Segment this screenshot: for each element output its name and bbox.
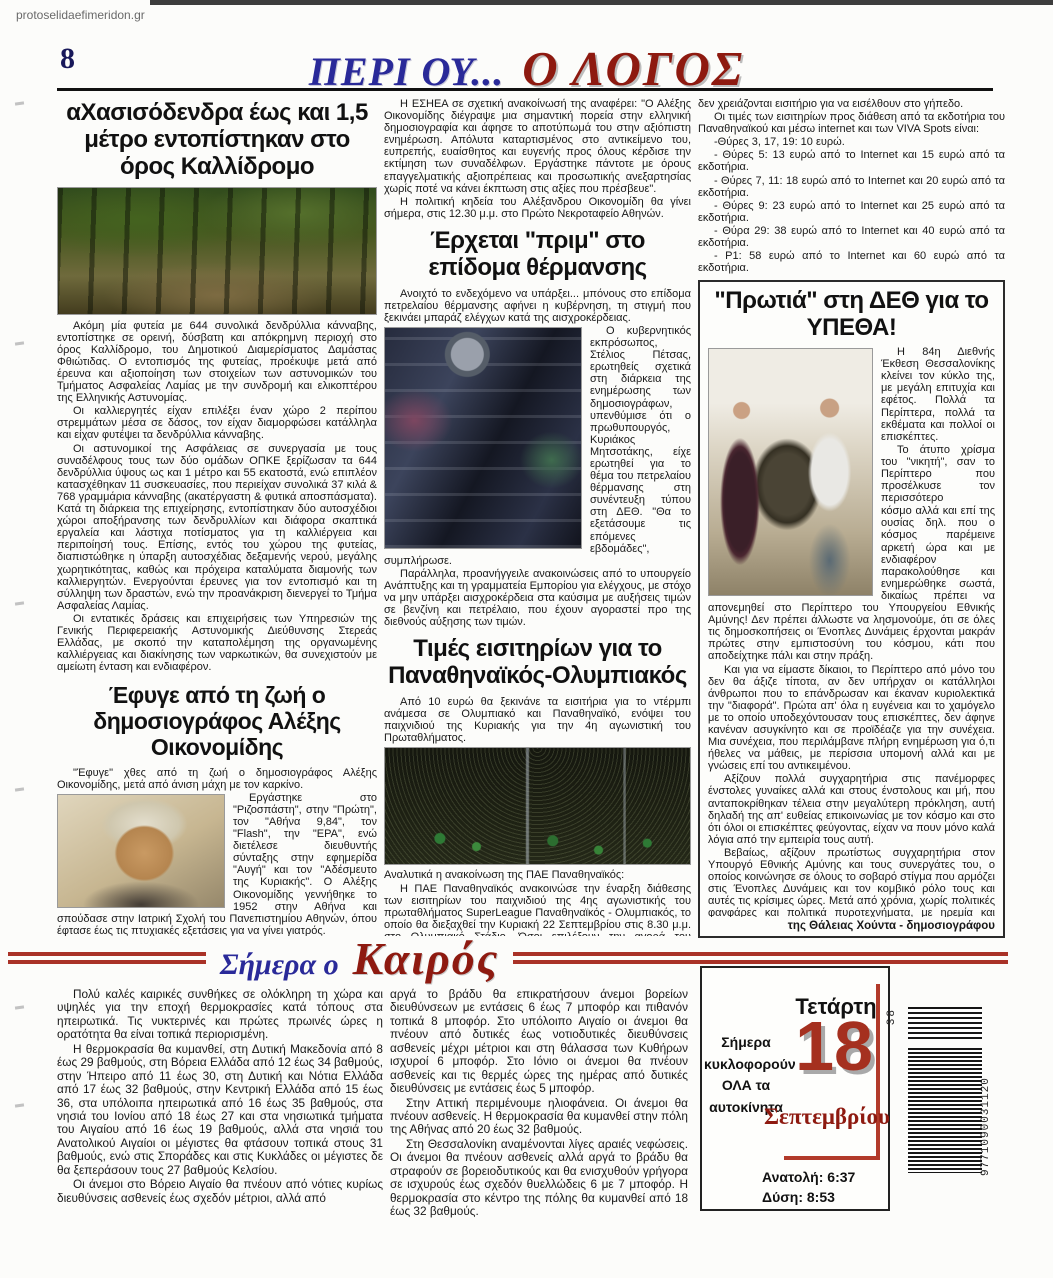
weather-paragraph: Στην Αττική περιμένουμε ηλιοφάνεια. Οι ά… <box>390 1097 688 1137</box>
newspaper-page: protoselidaefimeridon.gr 8 ΠΕΡΙ ΟΥ... Ο … <box>0 0 1053 1278</box>
circulation-line: ΟΛΑ τα <box>704 1075 788 1097</box>
stadium-crowd-photo <box>384 747 691 865</box>
sun-times: Ανατολή: 6:37 Δύση: 8:53 <box>762 1168 886 1207</box>
ticket-price-line: - Θύρα 29: 38 ευρώ από το Internet και 4… <box>698 225 1005 249</box>
deth-paragraph: Αξίζουν πολλά συγχαρητήρια στις πανέμορφ… <box>708 773 995 846</box>
cannabis-paragraph: Οι εντατικές δράσεις και επιχειρήσεις τω… <box>57 613 377 673</box>
heating-intro: Ανοιχτό το ενδεχόμενο να υπάρξει... μπόν… <box>384 288 691 324</box>
date-calendar-box: Σήμερα κυκλοφορούν ΟΛΑ τα αυτοκίνητα Τετ… <box>700 966 890 1211</box>
eshea-paragraph: Η ΕΣΗΕΑ σε σχετική ανακοίνωσή της αναφέρ… <box>384 98 691 195</box>
ticket-price-line: - Θύρες 5: 13 ευρώ από το Internet και 1… <box>698 149 1005 173</box>
cannabis-headline: αΧασισόδενδρα έως και 1,5 μέτρο εντοπίστ… <box>57 100 377 181</box>
tickets-body: Η ΠΑΕ Παναθηναϊκός ανακοινώσε την έναρξη… <box>384 883 691 936</box>
weather-banner-line-left <box>8 952 206 964</box>
ticket-price-line: - Θύρες 7, 11: 18 ευρώ από το Internet κ… <box>698 175 1005 199</box>
weather-title: Σήμερα ο Καιρός <box>220 932 499 985</box>
obituary-portrait-photo <box>57 794 225 908</box>
tickets-continuation: Οι τιμές των εισιτηρίων προς διάθεση από… <box>698 111 1005 135</box>
tickets-continuation: δεν χρειάζονται εισιτήριο για να εισέλθο… <box>698 98 1005 110</box>
weather-paragraph: Οι άνεμοι στο Βόρειο Αιγαίο θα πνέουν απ… <box>57 1178 383 1205</box>
scan-mark <box>15 101 24 105</box>
tickets-intro: Από 10 ευρώ θα ξεκινάνε τα εισιτήρια για… <box>384 696 691 744</box>
deth-body: Η 84η Διεθνής Έκθεση Θεσσαλονίκης κλείνε… <box>708 346 995 917</box>
heating-paragraph: Παράλληλα, προανήγγειλε ανακοινώσεις από… <box>384 568 691 628</box>
tickets-announce-label: Αναλυτικά η ανακοίνωση της ΠΑΕ Παναθηναϊ… <box>384 869 691 881</box>
cannabis-paragraph: Οι αστυνομικοί της Ασφάλειας σε συνεργασ… <box>57 443 377 612</box>
month-label: Σεπτεμβρίου <box>764 1104 886 1130</box>
deth-byline: της Θάλειας Χούντα - δημοσιογράφου <box>708 920 995 932</box>
date-red-corner-horizontal <box>784 1156 880 1160</box>
deth-paragraph: Και για να είμαστε δίκαιοι, το Περίπτερο… <box>708 664 995 773</box>
tickets-headline: Τιμές εισιτηρίων για το Παναθηναϊκός-Ολυ… <box>384 636 691 690</box>
issue-barcode-small <box>908 1007 982 1039</box>
scan-mark <box>15 601 24 605</box>
column-middle: Η ΕΣΗΕΑ σε σχετική ανακοίνωσή της αναφέρ… <box>384 98 691 936</box>
cannabis-paragraph: Ακόμη μία φυτεία με 644 συνολικά δενδρύλ… <box>57 320 377 405</box>
weather-paragraph: Στη Θεσσαλονίκη αναμένονται λίγες αραιές… <box>390 1138 688 1219</box>
scan-mark <box>15 341 24 345</box>
sunrise-time: Ανατολή: 6:37 <box>762 1168 886 1188</box>
watermark: protoselidaefimeridon.gr <box>16 8 145 22</box>
weather-paragraph: Η θερμοκρασία θα κυμανθεί, στη Δυτική Μα… <box>57 1043 383 1177</box>
issue-barcode-code: 38 <box>886 1008 898 1025</box>
weather-title-blue: Σήμερα ο <box>220 948 339 981</box>
issue-barcode-number: 9771090031120 <box>980 1046 992 1176</box>
scan-mark <box>15 1005 24 1009</box>
issue-barcode-main <box>908 1048 982 1173</box>
eshea-paragraph: Η πολιτική κηδεία του Αλέξανδρου Οικονομ… <box>384 196 691 220</box>
deth-paragraph: Βεβαίως, αξίζουν πρωτίστως συγχαρητήρια … <box>708 847 995 917</box>
weather-column-left: Πολύ καλές καιρικές συνθήκες σε ολόκληρη… <box>57 988 383 1256</box>
circulation-line: κυκλοφορούν <box>704 1054 788 1076</box>
ticket-price-line: -Θύρες 3, 17, 19: 10 ευρώ. <box>698 136 1005 148</box>
column-right: δεν χρειάζονται εισιτήριο για να εισέλθο… <box>698 98 1005 940</box>
ticket-price-line: - Ρ1: 58 ευρώ από το Internet και 60 ευρ… <box>698 250 1005 274</box>
deth-article-box: "Πρωτιά" στη ΔΕΘ για το ΥΠΕΘΑ! Η 84η Διε… <box>698 280 1005 938</box>
sunset-time: Δύση: 8:53 <box>762 1188 886 1208</box>
scan-mark <box>15 1103 24 1107</box>
weather-banner-line-right <box>513 952 1008 964</box>
deth-exhibition-photo <box>708 348 873 596</box>
heating-headline: Έρχεται "πριμ" στο επίδομα θέρμανσης <box>384 228 691 282</box>
cannabis-forest-photo <box>57 187 377 315</box>
cannabis-paragraph: Οι καλλιεργητές είχαν επιλέξει έναν χώρο… <box>57 405 377 441</box>
weather-paragraph: Πολύ καλές καιρικές συνθήκες σε ολόκληρη… <box>57 988 383 1042</box>
column-left: αΧασισόδενδρα έως και 1,5 μέτρο εντοπίστ… <box>57 98 377 936</box>
scan-top-strip <box>150 0 1053 5</box>
weather-column-right: αργά το βράδυ θα επικρατήσουν άνεμοι βορ… <box>390 988 688 1256</box>
fuel-pump-photo <box>384 327 582 549</box>
circulation-line: Σήμερα <box>704 1032 788 1054</box>
ticket-price-line: - Θύρες 9: 23 ευρώ από το Internet και 2… <box>698 200 1005 224</box>
obituary-headline: Έφυγε από τη ζωή ο δημοσιογράφος Αλέξης … <box>57 683 377 760</box>
weather-title-red: Καιρός <box>353 933 500 984</box>
scan-mark <box>15 787 24 791</box>
day-number: 18 <box>786 1006 882 1086</box>
obituary-paragraph: "Έφυγε" χθες από τη ζωή ο δημοσιογράφος … <box>57 767 377 791</box>
weather-paragraph: αργά το βράδυ θα επικρατήσουν άνεμοι βορ… <box>390 988 688 1096</box>
deth-headline: "Πρωτιά" στη ΔΕΘ για το ΥΠΕΘΑ! <box>708 288 995 342</box>
header-rule <box>57 88 993 91</box>
